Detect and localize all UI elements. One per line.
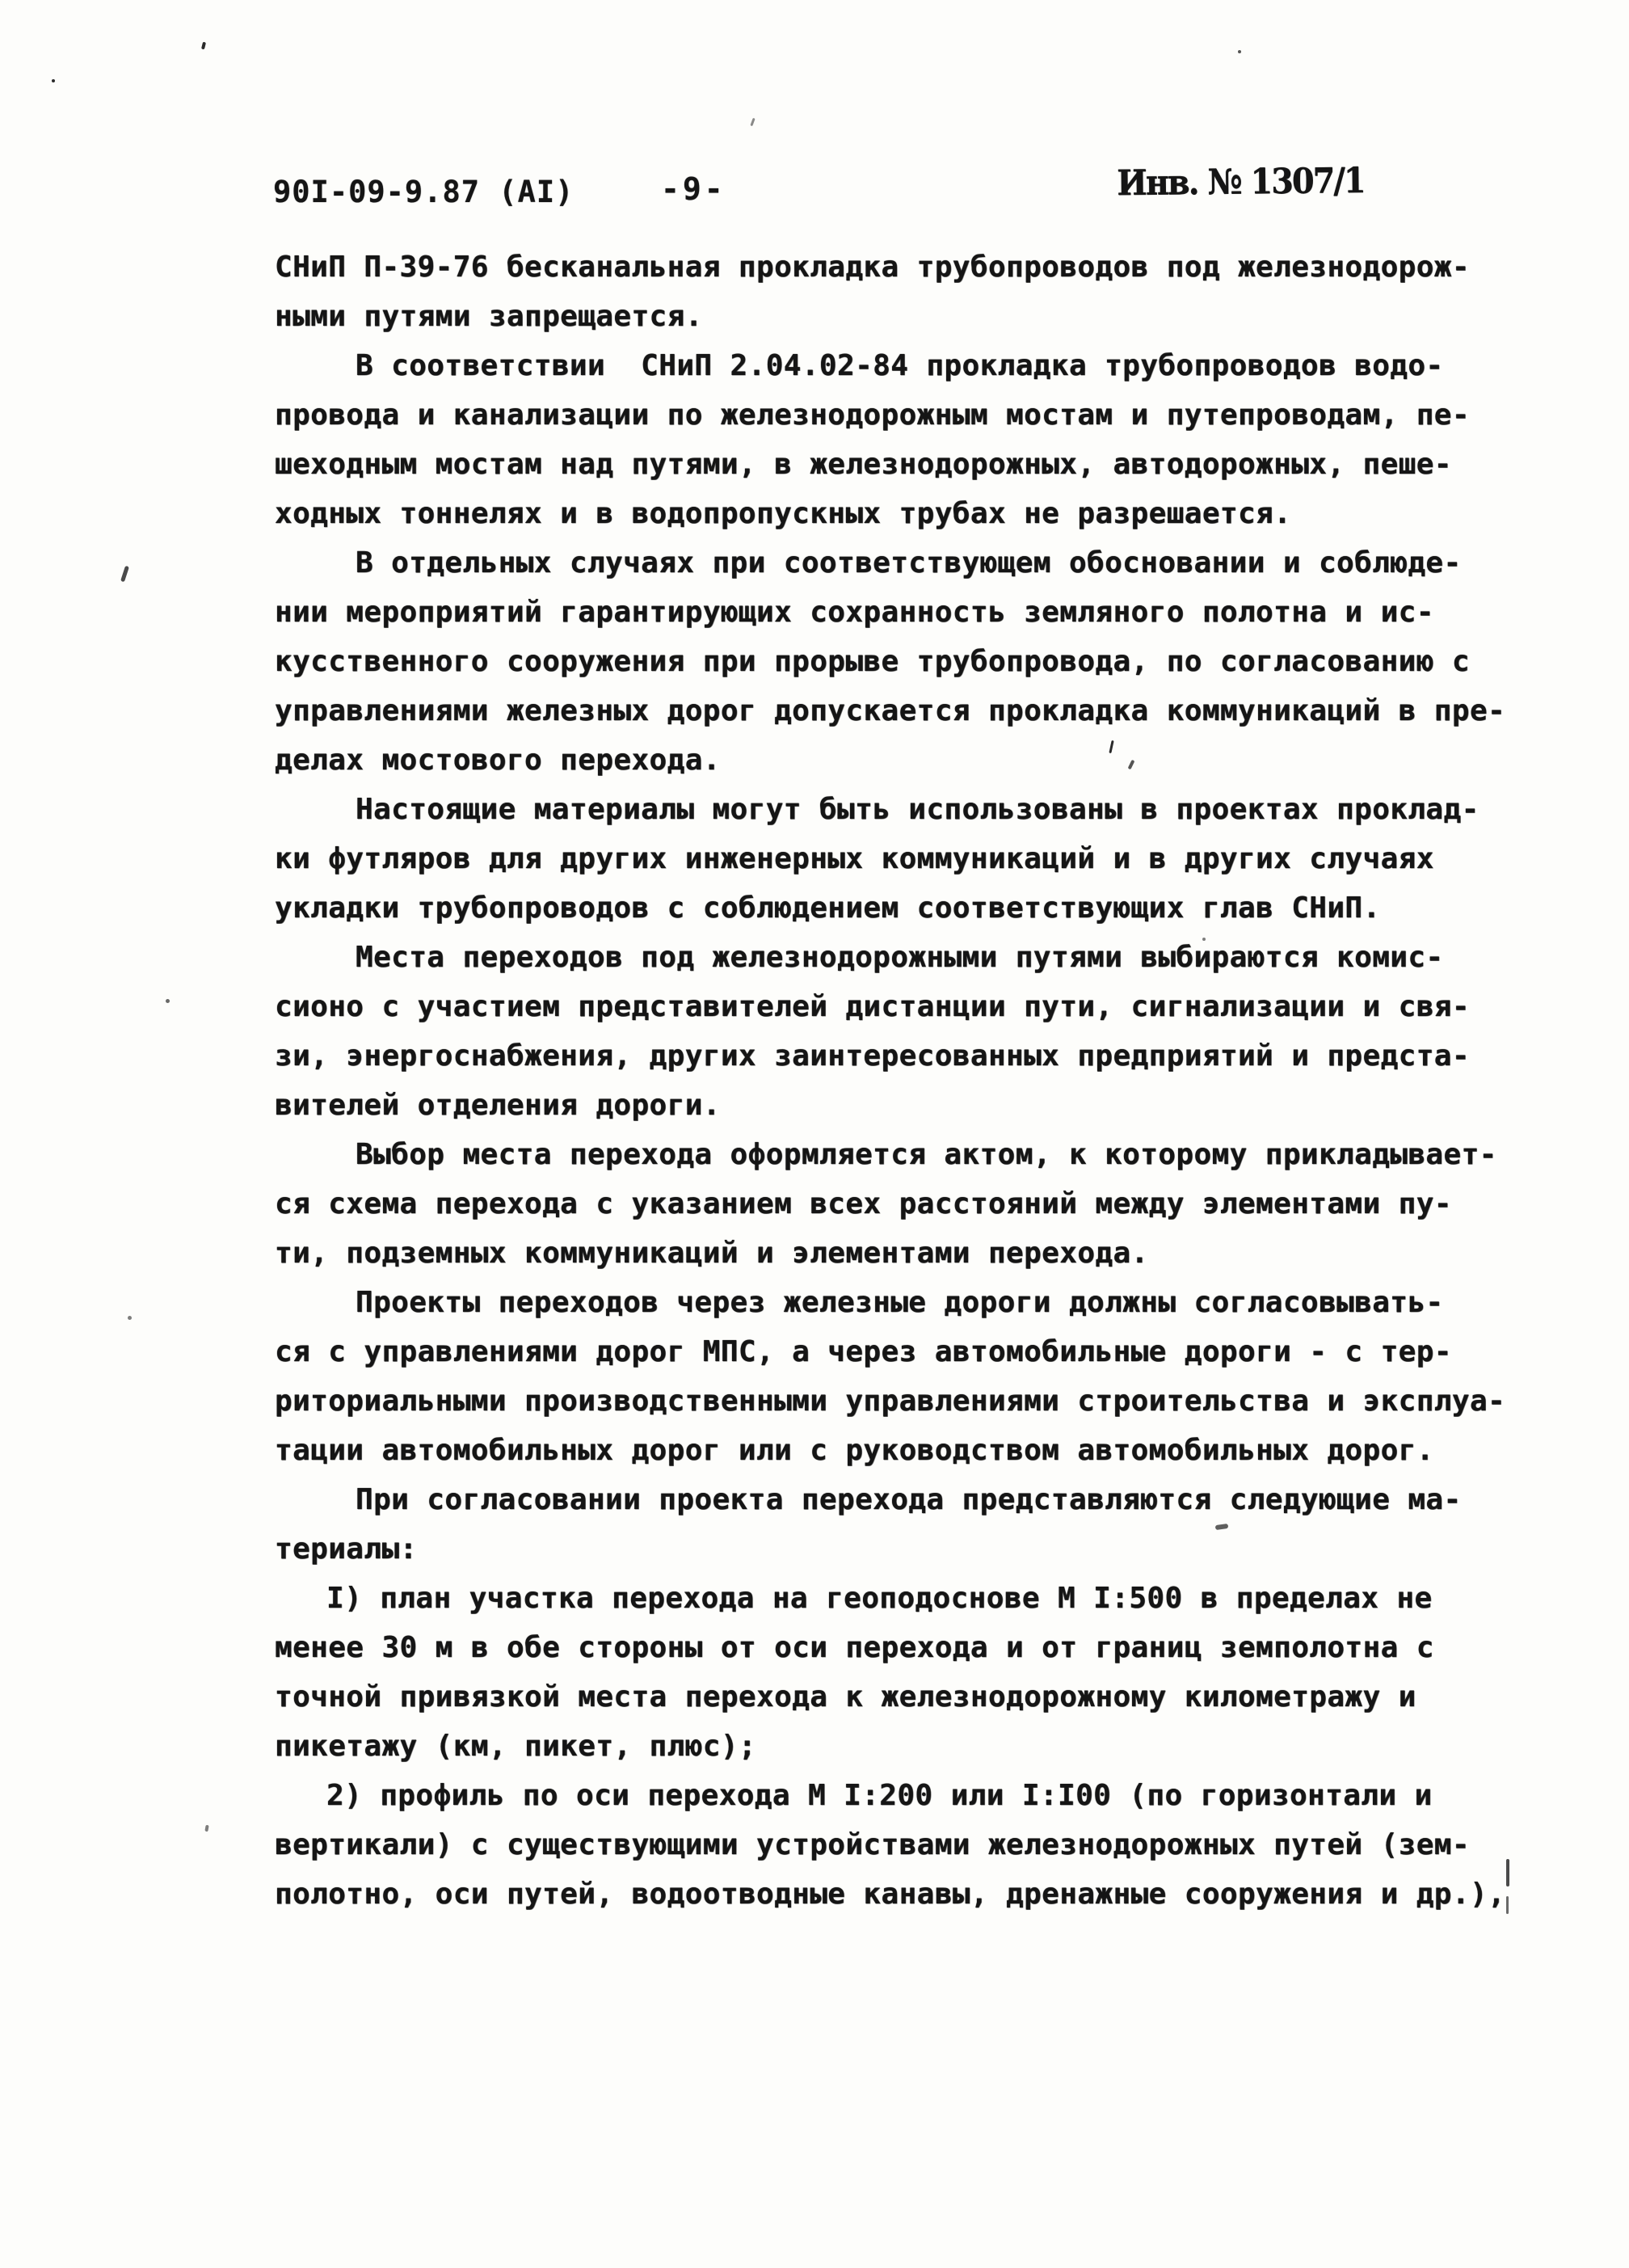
text-line: точной привязкой места перехода к железн… [275,1672,1467,1722]
noise-speck [201,42,206,50]
noise-speck [1506,1859,1509,1886]
text-line: зи, энергоснабжения, других заинтересова… [275,1031,1467,1081]
text-line: В соответствии СНиП 2.04.02-84 прокладка… [275,341,1467,390]
text-line: ходных тоннелях и в водопропускных труба… [275,489,1467,538]
page-header: 90I-09-9.87 (AI) -9- Инв. № 1307/1 [0,170,1629,226]
text-line: При согласовании проекта перехода предст… [275,1475,1467,1524]
document-body-text: СНиП П-39-76 бесканальная прокладка труб… [275,242,1467,1919]
text-line: Места переходов под железнодорожными пут… [275,933,1467,982]
text-line: сионо с участием представителей дистанци… [275,982,1467,1031]
noise-speck [120,566,129,583]
text-line: кусственного сооружения при прорыве труб… [275,637,1467,686]
document-code: 90I-09-9.87 (AI) [273,175,574,209]
noise-speck [750,118,755,126]
text-line: ными путями запрещается. [275,292,1467,341]
text-line: вертикали) с существующими устройствами … [275,1820,1467,1870]
text-line: укладки трубопроводов с соблюдением соот… [275,883,1467,933]
text-line: СНиП П-39-76 бесканальная прокладка труб… [275,242,1467,292]
text-line: В отдельных случаях при соответствующем … [275,538,1467,588]
scanned-document-page: 90I-09-9.87 (AI) -9- Инв. № 1307/1 СНиП … [0,0,1629,2268]
noise-speck [128,1316,132,1320]
noise-speck [1202,938,1206,941]
text-line: ти, подземных коммуникаций и элементами … [275,1229,1467,1278]
text-line: провода и канализации по железнодорожным… [275,390,1467,440]
text-line: териалы: [275,1524,1467,1574]
noise-speck [166,999,170,1003]
text-line: Проекты переходов через железные дороги … [275,1278,1467,1327]
noise-speck [204,1825,208,1832]
text-line: 2) профиль по оси перехода М I:200 или I… [275,1771,1467,1820]
text-line: менее 30 м в обе стороны от оси перехода… [275,1623,1467,1672]
page-number: -9- [661,171,726,207]
text-line: управлениями железных дорог допускается … [275,686,1467,736]
text-line: делах мостового перехода. [275,736,1467,785]
text-line: тации автомобильных дорог или с руководс… [275,1426,1467,1475]
inventory-number-stamp: Инв. № 1307/1 [1117,161,1365,204]
text-line: шеходным мостам над путями, в железнодор… [275,440,1467,489]
text-line: полотно, оси путей, водоотводные канавы,… [275,1870,1467,1919]
noise-speck [1238,50,1241,53]
text-line: риториальными производственными управлен… [275,1376,1467,1426]
text-line: нии мероприятий гарантирующих сохранност… [275,588,1467,637]
text-line: ся схема перехода с указанием всех расст… [275,1179,1467,1229]
text-line: I) план участка перехода на геоподоснове… [275,1574,1467,1623]
text-line: вителей отделения дороги. [275,1081,1467,1130]
text-line: Выбор места перехода оформляется актом, … [275,1130,1467,1179]
text-line: пикетажу (км, пикет, плюс); [275,1722,1467,1771]
text-line: ся с управлениями дорог МПС, а через авт… [275,1327,1467,1376]
noise-speck [1506,1896,1509,1914]
text-line: ки футляров для других инженерных коммун… [275,834,1467,883]
noise-speck [52,79,55,82]
text-line: Настоящие материалы могут быть использов… [275,785,1467,834]
